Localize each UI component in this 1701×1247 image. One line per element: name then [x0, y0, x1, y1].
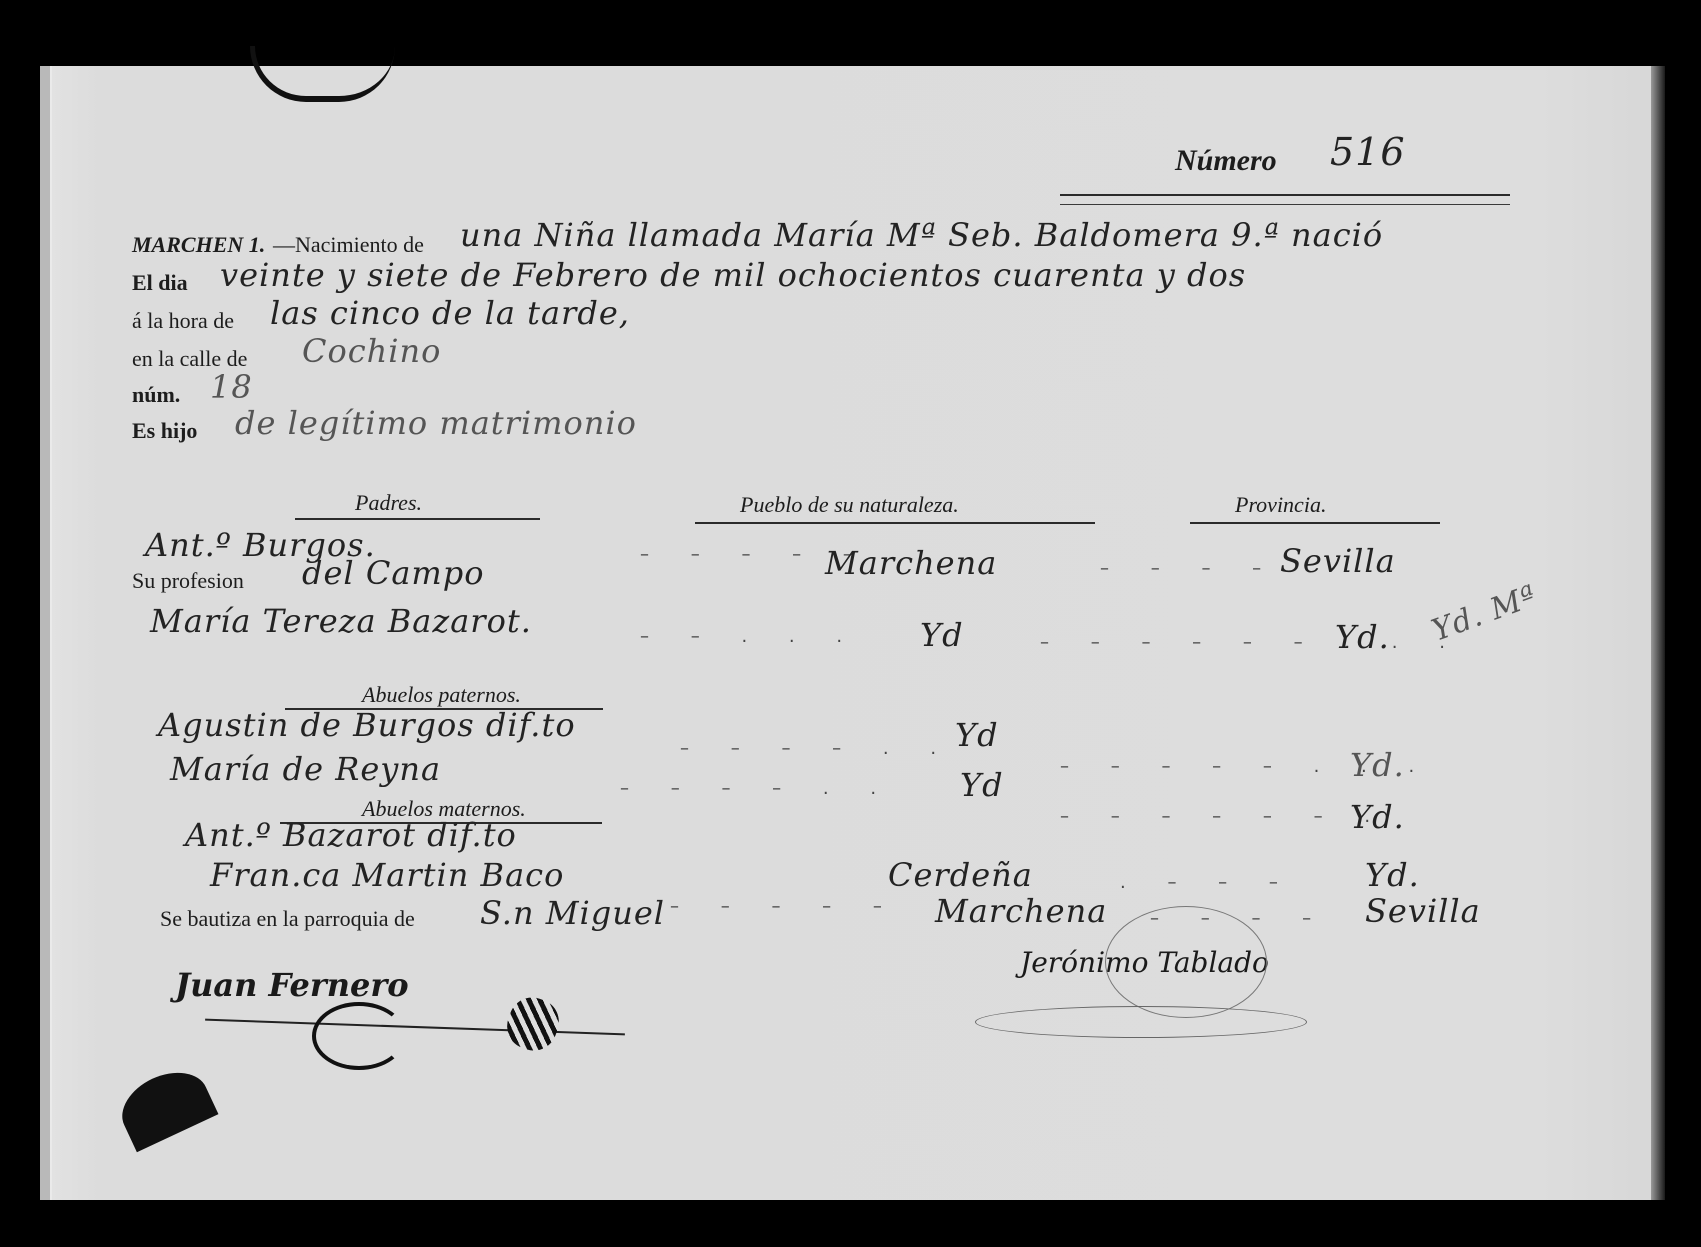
- column-header-pueblo: Pueblo de su naturaleza.: [740, 492, 959, 518]
- number-rule-2: [1060, 204, 1510, 205]
- padres-rule: [295, 518, 540, 520]
- signature-flourish-line: [205, 1019, 625, 1036]
- provincia-rule: [1190, 522, 1440, 524]
- number-value: 516: [1330, 130, 1406, 174]
- signature-rubric-mark: [501, 991, 566, 1057]
- day-label: El dia: [132, 270, 188, 296]
- day-value: veinte y siete de Febrero de mil ochocie…: [220, 256, 1246, 294]
- number-rule-1: [1060, 194, 1510, 196]
- maternal-grandmother-provincia: Sevilla: [1365, 892, 1481, 930]
- paternal-grandfather-pueblo: Yd: [955, 716, 999, 754]
- birth-label: —Nacimiento de: [273, 232, 424, 258]
- abuelos-paternos-heading: Abuelos paternos.: [362, 682, 521, 708]
- leader-dashes: . – – –: [1120, 872, 1296, 893]
- paternal-grandfather-provincia: Yd.: [1350, 746, 1405, 784]
- child-value: de legítimo matrimonio: [235, 404, 637, 442]
- entry-prefix: MARCHEN 1.: [132, 232, 265, 258]
- leader-dashes: – – – – . .: [620, 778, 894, 799]
- leader-dashes: – – – – – – . . .: [1040, 632, 1463, 653]
- column-header-provincia: Provincia.: [1235, 492, 1326, 518]
- document-page: Número 516 MARCHEN 1. —Nacimiento de una…: [40, 66, 1665, 1200]
- mother-name: María Tereza Bazarot.: [150, 602, 532, 640]
- page-right-edge: [1651, 66, 1665, 1200]
- margin-note: Yd. Mª: [1427, 578, 1541, 648]
- paternal-grandmother-provincia: Yd.: [1350, 798, 1405, 836]
- pueblo-rule: [695, 522, 1095, 524]
- hour-label: á la hora de: [132, 308, 234, 334]
- leader-dashes: – – – – . .: [680, 738, 954, 759]
- street-value: Cochino: [302, 332, 441, 370]
- child-label: Es hijo: [132, 418, 197, 444]
- hour-value: las cinco de la tarde,: [270, 294, 630, 332]
- leader-dashes: – – – –: [1100, 558, 1279, 579]
- num-label: núm.: [132, 382, 180, 408]
- father-provincia: Sevilla: [1280, 542, 1396, 580]
- signature-flourish-loop: [312, 1002, 406, 1070]
- column-header-padres: Padres.: [355, 490, 422, 516]
- maternal-grandfather-provincia: Yd.: [1365, 856, 1420, 894]
- mother-pueblo: Yd: [920, 616, 964, 654]
- leader-dashes: – – . . .: [640, 626, 860, 647]
- mother-provincia: Yd.: [1335, 618, 1390, 656]
- birth-value: una Niña llamada María Mª Seb. Baldomera…: [460, 216, 1383, 254]
- leader-dashes: – – – – –: [670, 896, 900, 917]
- signature-left: Juan Fernero: [175, 966, 409, 1004]
- seal-circle: [1105, 906, 1267, 1018]
- signature-flourish-oval: [975, 1006, 1307, 1038]
- paternal-grandmother-name: María de Reyna: [170, 750, 441, 788]
- maternal-grandfather-name: Ant.º Bazarot dif.to: [185, 816, 517, 854]
- paternal-grandfather-name: Agustin de Burgos dif.to: [158, 706, 576, 744]
- page-binding-edge: [40, 66, 52, 1200]
- maternal-grandmother-pueblo: Marchena: [935, 892, 1107, 930]
- father-pueblo: Marchena: [825, 544, 997, 582]
- paternal-grandmother-pueblo: Yd: [960, 766, 1004, 804]
- baptism-label: Se bautiza en la parroquia de: [160, 906, 415, 932]
- maternal-grandmother-name: Fran.ca Martin Baco: [210, 856, 564, 894]
- profession-label: Su profesion: [132, 568, 244, 594]
- flourish-mark: [250, 46, 395, 102]
- baptism-parish: S.n Miguel: [480, 894, 665, 932]
- number-label: Número: [1175, 144, 1277, 178]
- num-value: 18: [210, 368, 253, 406]
- thumb-shadow: [112, 1060, 219, 1152]
- maternal-grandfather-pueblo: Cerdeña: [888, 856, 1033, 894]
- leader-dashes: – – – – – – .: [1060, 806, 1388, 827]
- profession-value: del Campo: [302, 554, 484, 592]
